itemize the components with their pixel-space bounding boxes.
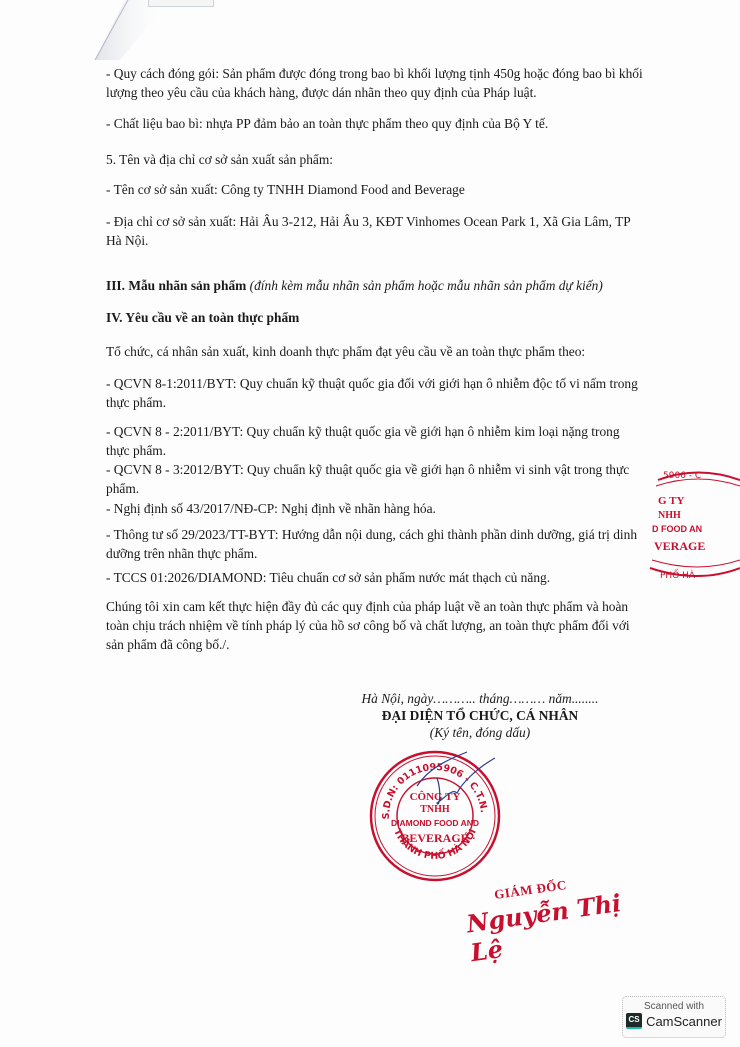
commitment-paragraph: Chúng tôi xin cam kết thực hiện đầy đủ c…	[106, 597, 646, 654]
sign-note: (Ký tên, đóng dấu)	[330, 724, 630, 741]
svg-text:TNHH: TNHH	[420, 804, 450, 815]
representative-title: ĐẠI DIỆN TỔ CHỨC, CÁ NHÂN	[330, 707, 630, 724]
svg-text:NHH: NHH	[658, 510, 681, 521]
regulation-item: - TCCS 01:2026/DIAMOND: Tiêu chuẩn cơ sở…	[106, 568, 646, 587]
regulation-item: - Thông tư số 29/2023/TT-BYT: Hướng dẫn …	[106, 525, 646, 563]
director-name: Nguyễn Thị Lệ	[465, 887, 635, 967]
camscanner-name: CamScanner	[646, 1014, 722, 1029]
page-tab-shadow	[148, 0, 214, 7]
director-signature: GIÁM ĐỐC Nguyễn Thị Lệ	[462, 876, 632, 946]
camscanner-brand: CS CamScanner	[623, 1013, 725, 1029]
camscanner-logo-icon: CS	[626, 1013, 642, 1029]
svg-text:DIAMOND FOOD AND: DIAMOND FOOD AND	[391, 818, 479, 828]
regulation-item: - Nghị định số 43/2017/NĐ-CP: Nghị định …	[106, 499, 646, 518]
scanned-with-label: Scanned with	[623, 1001, 725, 1012]
material-paragraph: - Chất liệu bao bì: nhựa PP đảm bảo an t…	[106, 114, 646, 133]
svg-text:BEVERAGE: BEVERAGE	[401, 831, 468, 845]
producer-name: - Tên cơ sở sản xuất: Công ty TNHH Diamo…	[106, 180, 646, 199]
svg-text:PHỐ HÀ: PHỐ HÀ	[660, 568, 696, 581]
section3-note: (đính kèm mẫu nhãn sản phẩm hoặc mẫu nhã…	[250, 278, 603, 293]
svg-text:VERAGE: VERAGE	[654, 539, 705, 553]
regulation-item: - QCVN 8-1:2011/BYT: Quy chuẩn kỹ thuật …	[106, 374, 646, 412]
producer-address: - Địa chỉ cơ sở sản xuất: Hải Âu 3-212, …	[106, 212, 646, 250]
svg-text:5906 - C: 5906 - C	[663, 471, 701, 481]
section4-intro: Tổ chức, cá nhân sản xuất, kinh doanh th…	[106, 342, 646, 361]
section4-heading: IV. Yêu cầu về an toàn thực phẩm	[106, 308, 646, 327]
svg-text:G TY: G TY	[658, 495, 684, 507]
place-date: Hà Nội, ngày……….. tháng……… năm........	[330, 690, 630, 707]
camscanner-watermark: Scanned with CS CamScanner	[622, 996, 726, 1038]
company-stamp: M.S.D.N: 0111095906 - C.T.N.H.H THÀNH PH…	[367, 748, 503, 884]
section3-heading: III. Mẫu nhãn sản phẩm (đính kèm mẫu nhã…	[106, 276, 646, 295]
section5-heading: 5. Tên và địa chỉ cơ sở sản xuất sản phẩ…	[106, 150, 646, 169]
side-stamp-partial: 5906 - C G TY NHH D FOOD AN VERAGE PHỐ H…	[648, 460, 740, 590]
packaging-paragraph: - Quy cách đóng gói: Sản phẩm được đóng …	[106, 64, 646, 102]
section3-title: III. Mẫu nhãn sản phẩm	[106, 278, 246, 293]
svg-text:D FOOD AN: D FOOD AN	[652, 524, 702, 534]
regulation-item: - QCVN 8 - 3:2012/BYT: Quy chuẩn kỹ thuậ…	[106, 460, 646, 498]
signature-block: Hà Nội, ngày……….. tháng……… năm........ Đ…	[330, 690, 630, 741]
regulation-item: - QCVN 8 - 2:2011/BYT: Quy chuẩn kỹ thuậ…	[106, 422, 646, 460]
